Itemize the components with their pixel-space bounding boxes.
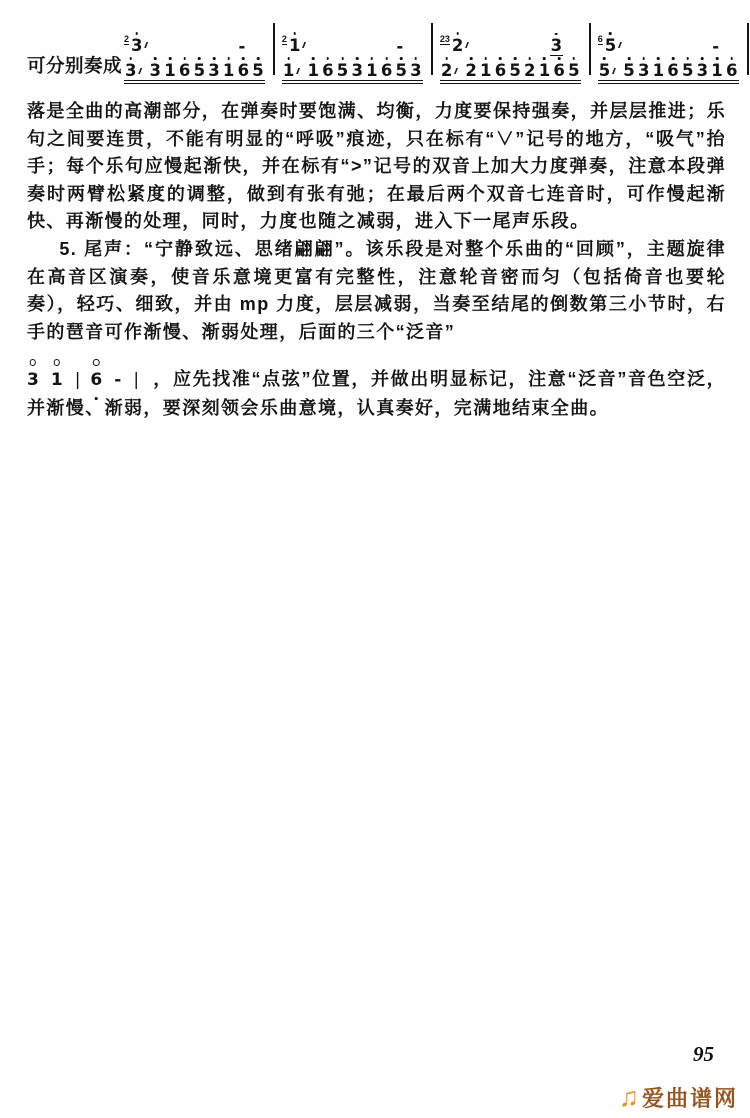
tremolo-mark: // [612,67,613,76]
run-note: 1 [479,62,492,80]
page-content: 可分别奏成 23//-3//3165316521//-1//1653165323… [27,10,726,423]
barline-glyph: | [133,367,139,395]
lower-head-note: 2 [440,62,453,80]
tremolo-mark: // [302,41,303,50]
run-note: 1 [710,62,723,80]
upper-second-note: 3 [550,37,563,56]
run-note: 3 [409,62,422,80]
run-note: 5 [567,62,580,80]
watermark-text: 爱曲谱网 [642,1082,738,1113]
harmonic-note: - [114,367,121,395]
run-note: 6 [666,62,679,80]
tremolo-mark: // [139,67,140,76]
measure-upper-voice: 21//- [282,37,423,56]
paragraph-harmonics: 31|6-|，应先找准“点弦”位置，并做出明显标记，注意“泛音”音色空泛，并渐慢… [27,362,726,422]
upper-second-note: - [394,39,405,56]
run-note: 5 [508,62,521,80]
run-note: 1 [538,62,551,80]
run-note: 6 [178,62,191,80]
sixteenth-run: 31653165 [148,62,265,80]
grace-note: 2 [124,34,129,45]
run-note: 6 [552,62,565,80]
upper-note-group: 21// [282,37,307,56]
measure-lower-voice: 2//21652165 [440,62,581,85]
page-number: 95 [693,1042,714,1067]
run-note: 5 [251,62,264,80]
run-note: 3 [149,62,162,80]
harmonic-note: 3 [27,367,39,395]
run-note: 1 [306,62,319,80]
upper-second-note: - [710,39,721,56]
tremolo-mark: // [145,41,146,50]
run-note: 3 [696,62,709,80]
paragraph-coda-section: 5. 尾声：“宁静致远、思绪翩翩”。该乐段是对整个乐曲的“回顾”，主题旋律在高音… [27,236,726,346]
run-note: 5 [394,62,407,80]
tremolo-mark: // [296,67,297,76]
run-note: 6 [237,62,250,80]
measure: 23//-3//31653165 [122,23,268,93]
grace-note: 23 [440,34,450,45]
tremolo-mark: // [618,41,619,50]
grace-note: 2 [282,34,287,45]
upper-main-note: 3 [130,37,143,55]
tremolo-mark: // [465,41,466,50]
upper-second-note: - [236,39,247,56]
scanned-book-page: 可分别奏成 23//-3//3165316521//-1//1653165323… [0,0,750,1118]
run-note: 5 [622,62,635,80]
run-note: 6 [321,62,334,80]
run-note: 6 [494,62,507,80]
run-note: 3 [350,62,363,80]
lower-head-note: 1 [282,62,295,80]
upper-note-group: 65// [598,37,623,56]
run-note: 2 [464,62,477,80]
harmonic-note: 1 [51,367,63,395]
barline [431,23,433,75]
measure-upper-voice: 65//- [598,37,739,56]
upper-main-note: 5 [604,37,617,55]
run-note: 5 [193,62,206,80]
run-note: 5 [336,62,349,80]
run-note: 5 [681,62,694,80]
harmonic-note: 6 [90,367,102,395]
upper-main-note: 1 [288,37,301,55]
tremolo-mark: // [454,67,455,76]
measure-lower-voice: 3//31653165 [124,62,265,85]
measure-upper-voice: 232//3 [440,37,581,56]
lower-head-note: 5 [598,62,611,80]
notation-measures: 23//-3//3165316521//-1//16531653232//32/… [122,10,750,92]
run-note: 3 [637,62,650,80]
barline [747,23,749,75]
jianpu-notation-line: 可分别奏成 23//-3//3165316521//-1//1653165323… [27,10,726,92]
site-watermark: ♫ 爱曲谱网 [619,1082,738,1113]
barline-glyph: | [75,367,81,395]
run-note: 1 [163,62,176,80]
measure: 232//32//21652165 [438,23,584,93]
music-note-icon: ♫ [619,1084,639,1111]
harmonic-notation: 31|6-| [27,369,149,389]
grace-note: 6 [598,34,603,45]
run-note: 1 [222,62,235,80]
barline [273,23,275,75]
measure: 21//-1//16531653 [280,23,426,93]
barline [589,23,591,75]
upper-note-group: 232// [440,37,470,56]
measure: 65//-5//53165316 [596,23,742,93]
sixteenth-run: 21652165 [464,62,581,80]
run-note: 1 [365,62,378,80]
measure-upper-voice: 23//- [124,37,265,56]
sixteenth-run: 53165316 [622,62,739,80]
upper-main-note: 2 [451,37,464,55]
sixteenth-run: 16531653 [306,62,423,80]
lower-head-note: 3 [124,62,137,80]
upper-note-group: 23// [124,37,149,56]
run-note: 1 [652,62,665,80]
notation-label: 可分别奏成 [27,52,122,92]
run-note: 3 [207,62,220,80]
paragraph-climax-section: 落是全曲的高潮部分，在弹奏时要饱满、均衡，力度要保持强奏，并层层推进；乐句之间要… [27,98,726,236]
run-note: 6 [380,62,393,80]
run-note: 2 [523,62,536,80]
measure-lower-voice: 1//16531653 [282,62,423,85]
measure-lower-voice: 5//53165316 [598,62,739,85]
run-note: 6 [725,62,738,80]
